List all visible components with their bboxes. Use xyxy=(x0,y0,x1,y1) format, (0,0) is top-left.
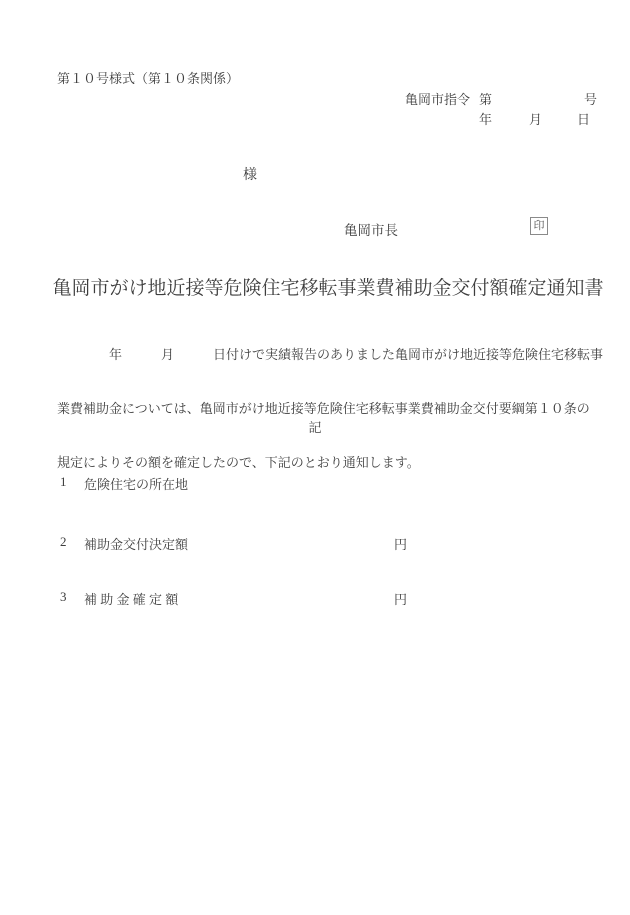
item-unit: 円 xyxy=(394,534,407,553)
date-year-label: 年 xyxy=(479,109,492,128)
item-label: 補 助 金 確 定 額 xyxy=(84,589,178,608)
document-page: 第１０号様式（第１０条関係） 亀岡市指令 第 号 年 月 日 様 亀岡市長 印 … xyxy=(0,0,630,915)
item-label: 補助金交付決定額 xyxy=(84,534,188,553)
sender-title: 亀岡市長 xyxy=(344,219,398,239)
document-title: 亀岡市がけ地近接等危険住宅移転事業費補助金交付額確定通知書 xyxy=(0,273,630,300)
addressee-honorific: 様 xyxy=(243,164,257,184)
item-row-1: 1 危険住宅の所在地 xyxy=(0,474,630,492)
item-unit: 円 xyxy=(394,589,407,608)
date-month-label: 月 xyxy=(529,109,542,128)
item-number: 2 xyxy=(60,534,67,550)
directive-number-prefix: 第 xyxy=(479,89,492,108)
form-number-line: 第１０号様式（第１０条関係） xyxy=(57,68,239,87)
item-number: 3 xyxy=(60,589,67,605)
date-day-label: 日 xyxy=(577,109,590,128)
directive-number-suffix: 号 xyxy=(584,89,597,108)
body-line-1: 年 月 日付けで実績報告のありました亀岡市がけ地近接等危険住宅移転事 xyxy=(57,344,577,366)
directive-issuer: 亀岡市指令 xyxy=(405,89,470,108)
record-heading: 記 xyxy=(0,417,630,436)
seal-mark: 印 xyxy=(530,217,548,235)
item-number: 1 xyxy=(60,474,67,490)
item-row-2: 2 補助金交付決定額 円 xyxy=(0,534,630,552)
item-label: 危険住宅の所在地 xyxy=(84,474,188,493)
body-line-3: 規定によりその額を確定したので、下記のとおり通知します。 xyxy=(57,452,577,474)
item-row-3: 3 補 助 金 確 定 額 円 xyxy=(0,589,630,607)
